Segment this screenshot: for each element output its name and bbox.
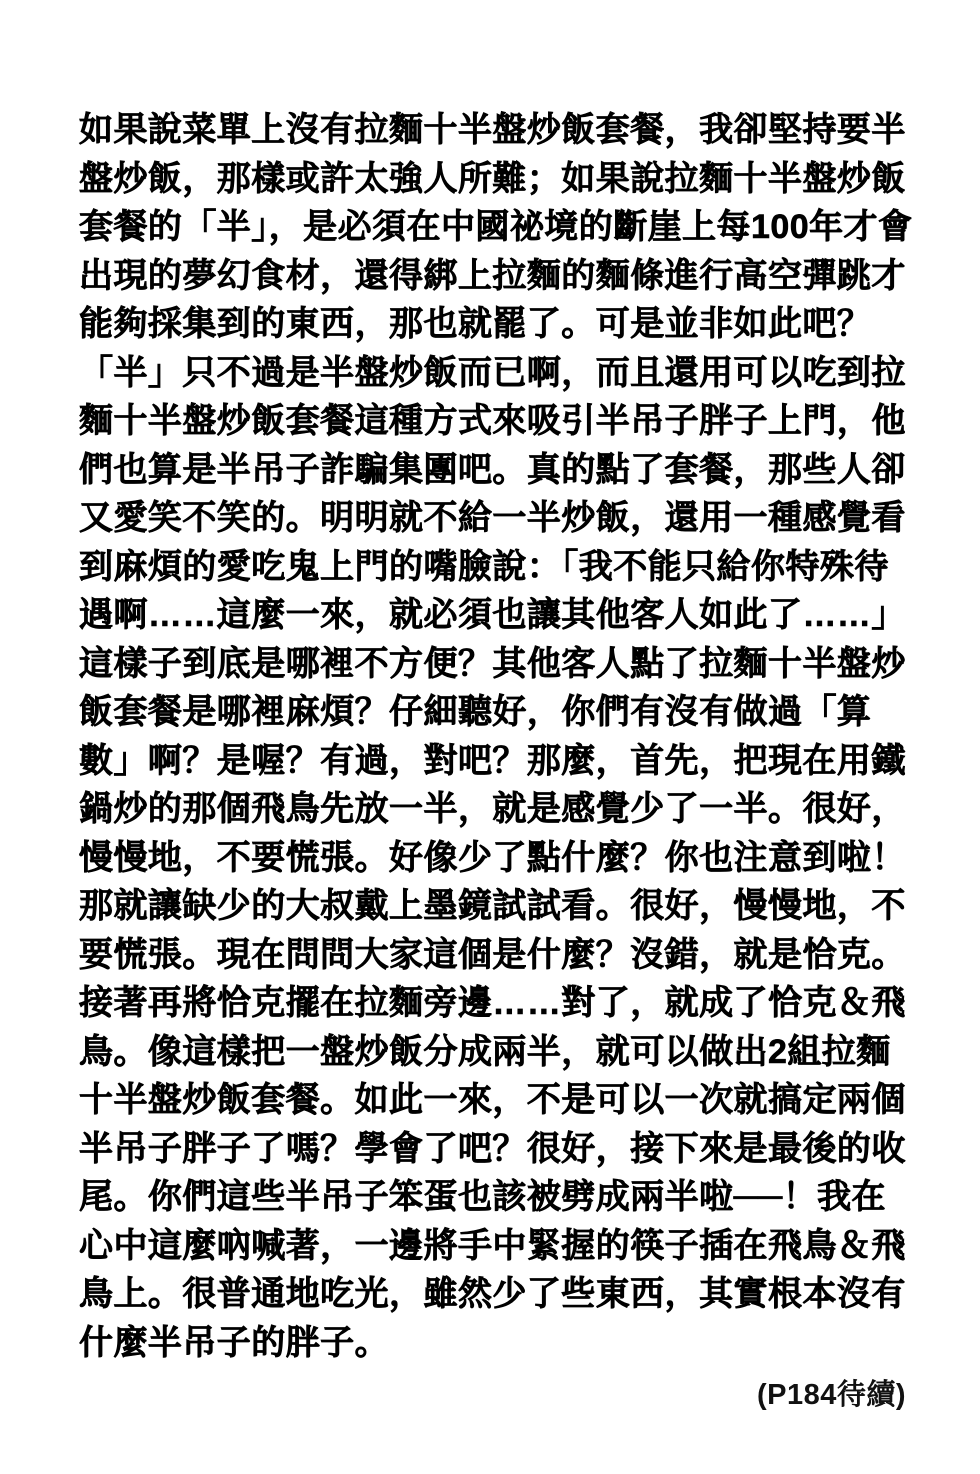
text-line: 要慌張。現在問問大家這個是什麼？沒錯，就是恰克。 bbox=[79, 931, 906, 980]
book-page: 如果說菜單上沒有拉麵十半盤炒飯套餐，我卻堅持要半盤炒飯，那樣或許太強人所難；如果… bbox=[0, 0, 980, 1474]
text-line: 如果說菜單上沒有拉麵十半盤炒飯套餐，我卻堅持要半 bbox=[79, 106, 906, 155]
text-line: 接著再將恰克擺在拉麵旁邊……對了，就成了恰克＆飛 bbox=[79, 979, 906, 1028]
text-line: 尾。你們這些半吊子笨蛋也該被劈成兩半啦──！我在 bbox=[79, 1173, 906, 1222]
body-text: 如果說菜單上沒有拉麵十半盤炒飯套餐，我卻堅持要半盤炒飯，那樣或許太強人所難；如果… bbox=[79, 106, 906, 1367]
text-line: 半吊子胖子了嗎？學會了吧？很好，接下來是最後的收 bbox=[79, 1125, 906, 1174]
text-line: 們也算是半吊子詐騙集團吧。真的點了套餐，那些人卻 bbox=[79, 446, 906, 495]
text-line: 又愛笑不笑的。明明就不給一半炒飯，還用一種感覺看 bbox=[79, 494, 906, 543]
text-line: 十半盤炒飯套餐。如此一來，不是可以一次就搞定兩個 bbox=[79, 1076, 906, 1125]
continuation-note: (P184待續) bbox=[79, 1377, 906, 1413]
text-line: 心中這麼吶喊著，一邊將手中緊握的筷子插在飛鳥＆飛 bbox=[79, 1222, 906, 1271]
text-line: 什麼半吊子的胖子。 bbox=[79, 1319, 906, 1368]
text-line: 能夠採集到的東西，那也就罷了。可是並非如此吧？ bbox=[79, 300, 906, 349]
text-line: 盤炒飯，那樣或許太強人所難；如果說拉麵十半盤炒飯 bbox=[79, 155, 906, 204]
text-line: 飯套餐是哪裡麻煩？仔細聽好，你們有沒有做過「算 bbox=[79, 688, 906, 737]
text-line: 出現的夢幻食材，還得綁上拉麵的麵條進行高空彈跳才 bbox=[79, 252, 906, 301]
text-line: 套餐的「半」，是必須在中國祕境的斷崖上每100年才會 bbox=[79, 203, 906, 252]
text-line: 鳥。像這樣把一盤炒飯分成兩半，就可以做出2組拉麵 bbox=[79, 1028, 906, 1077]
text-line: 這樣子到底是哪裡不方便？其他客人點了拉麵十半盤炒 bbox=[79, 640, 906, 689]
text-line: 到麻煩的愛吃鬼上門的嘴臉說：「我不能只給你特殊待 bbox=[79, 543, 906, 592]
text-line: 鍋炒的那個飛鳥先放一半，就是感覺少了一半。很好， bbox=[79, 785, 906, 834]
text-line: 慢慢地，不要慌張。好像少了點什麼？你也注意到啦！ bbox=[79, 834, 906, 883]
text-line: 「半」只不過是半盤炒飯而已啊，而且還用可以吃到拉 bbox=[79, 349, 906, 398]
text-line: 那就讓缺少的大叔戴上墨鏡試試看。很好，慢慢地，不 bbox=[79, 882, 906, 931]
text-line: 鳥上。很普通地吃光，雖然少了些東西，其實根本沒有 bbox=[79, 1270, 906, 1319]
text-line: 數」啊？是喔？有過，對吧？那麼，首先，把現在用鐵 bbox=[79, 737, 906, 786]
text-line: 遇啊……這麼一來，就必須也讓其他客人如此了……」 bbox=[79, 591, 906, 640]
text-line: 麵十半盤炒飯套餐這種方式來吸引半吊子胖子上門，他 bbox=[79, 397, 906, 446]
